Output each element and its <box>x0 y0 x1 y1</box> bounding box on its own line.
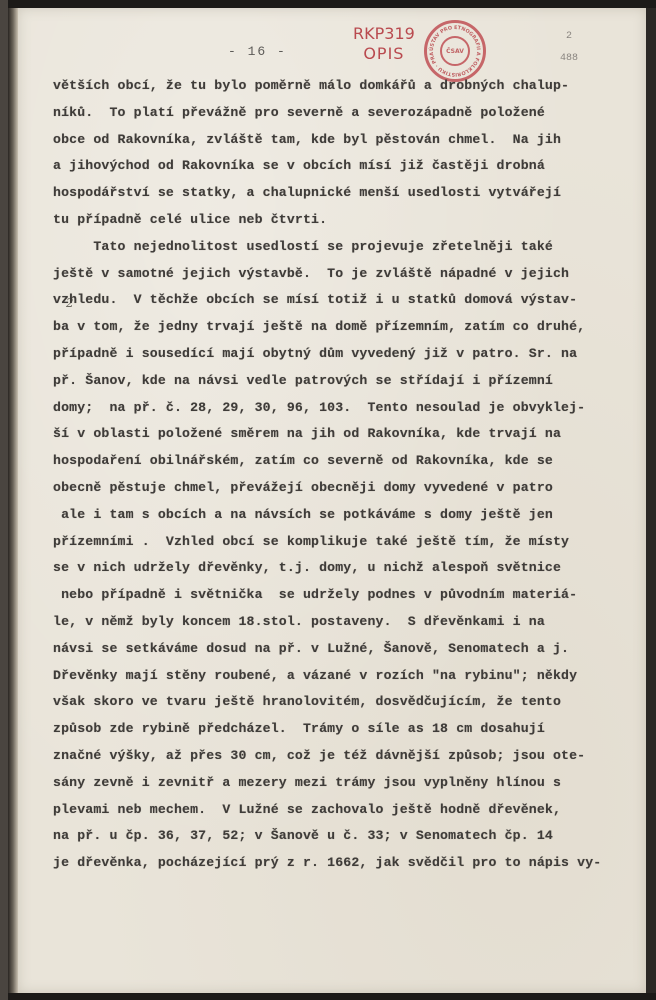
text-line: a jihovýchod od Rakovníka se v obcích mí… <box>53 153 633 180</box>
stamp-center: ČSAV <box>440 36 470 66</box>
signature-stamp: RKP319 OPIS <box>353 24 415 64</box>
text-line: obce od Rakovníka, zvláště tam, kde byl … <box>53 127 633 154</box>
text-line: však skoro ve tvaru ještě hranolovitém, … <box>53 689 633 716</box>
text-line: značné výšky, až přes 30 cm, což je též … <box>53 743 633 770</box>
scan-left-edge <box>0 0 8 1000</box>
text-line: případně i sousedící mají obytný dům vyv… <box>53 341 633 368</box>
scan-binding-shadow <box>8 8 18 993</box>
scan-right-edge <box>646 8 656 993</box>
text-line: ší v oblasti položené směrem na jih od R… <box>53 421 633 448</box>
text-line: přízemními . Vzhled obcí se komplikuje t… <box>53 529 633 556</box>
text-line: obecně pěstuje chmel, převážejí obecněji… <box>53 475 633 502</box>
text-line: domy; na př. č. 28, 29, 30, 96, 103. Ten… <box>53 395 633 422</box>
typewritten-body: větších obcí, že tu bylo poměrně málo do… <box>53 73 633 877</box>
text-line: návsi se setkáváme dosud na př. v Lužné,… <box>53 636 633 663</box>
text-line: ale i tam s obcích a na návsích se potká… <box>53 502 633 529</box>
text-line: tu případně celé ulice neb čtvrti. <box>53 207 633 234</box>
stamp-center-text: ČSAV <box>446 48 464 55</box>
text-line: na př. u čp. 36, 37, 52; v Šanově u č. 3… <box>53 823 633 850</box>
text-line: větších obcí, že tu bylo poměrně málo do… <box>53 73 633 100</box>
corner-mark-2: 488 <box>560 48 578 70</box>
text-line: ještě v samotné jejich výstavbě. To je z… <box>53 261 633 288</box>
text-line: hospodaření obilnářském, zatím co severn… <box>53 448 633 475</box>
text-line: Tato nejednolitost usedlostí se projevuj… <box>53 234 633 261</box>
text-line: sány zevně i zevnitř a mezery mezi trámy… <box>53 770 633 797</box>
text-line: způsob zde rybině předcházel. Trámy o sí… <box>53 716 633 743</box>
text-line: ba v tom, že jedny trvají ještě na domě … <box>53 314 633 341</box>
page-number: - 16 - <box>228 44 287 59</box>
signature-stamp-line-1: RKP319 <box>353 24 415 44</box>
corner-marks: 2 488 <box>560 26 578 70</box>
text-line: hospodářství se statky, a chalupnické me… <box>53 180 633 207</box>
text-line: př. Šanov, kde na návsi vedle patrových … <box>53 368 633 395</box>
text-line: le, v němž byly koncem 18.stol. postaven… <box>53 609 633 636</box>
text-line: plevami neb mechem. V Lužné se zachovalo… <box>53 797 633 824</box>
text-line: se v nich udržely dřevěnky, t.j. domy, u… <box>53 555 633 582</box>
text-line: vzhledu. V těchže obcích se mísí totiž i… <box>53 287 633 314</box>
signature-stamp-line-2: OPIS <box>353 44 415 64</box>
corner-mark-1: 2 <box>560 26 578 48</box>
text-line: níků. To platí převážně pro severně a se… <box>53 100 633 127</box>
text-line: Dřevěnky mají stěny roubené, a vázané v … <box>53 663 633 690</box>
text-line: je dřevěnka, pocházející prý z r. 1662, … <box>53 850 633 877</box>
text-line: nebo případně i světnička se udržely pod… <box>53 582 633 609</box>
